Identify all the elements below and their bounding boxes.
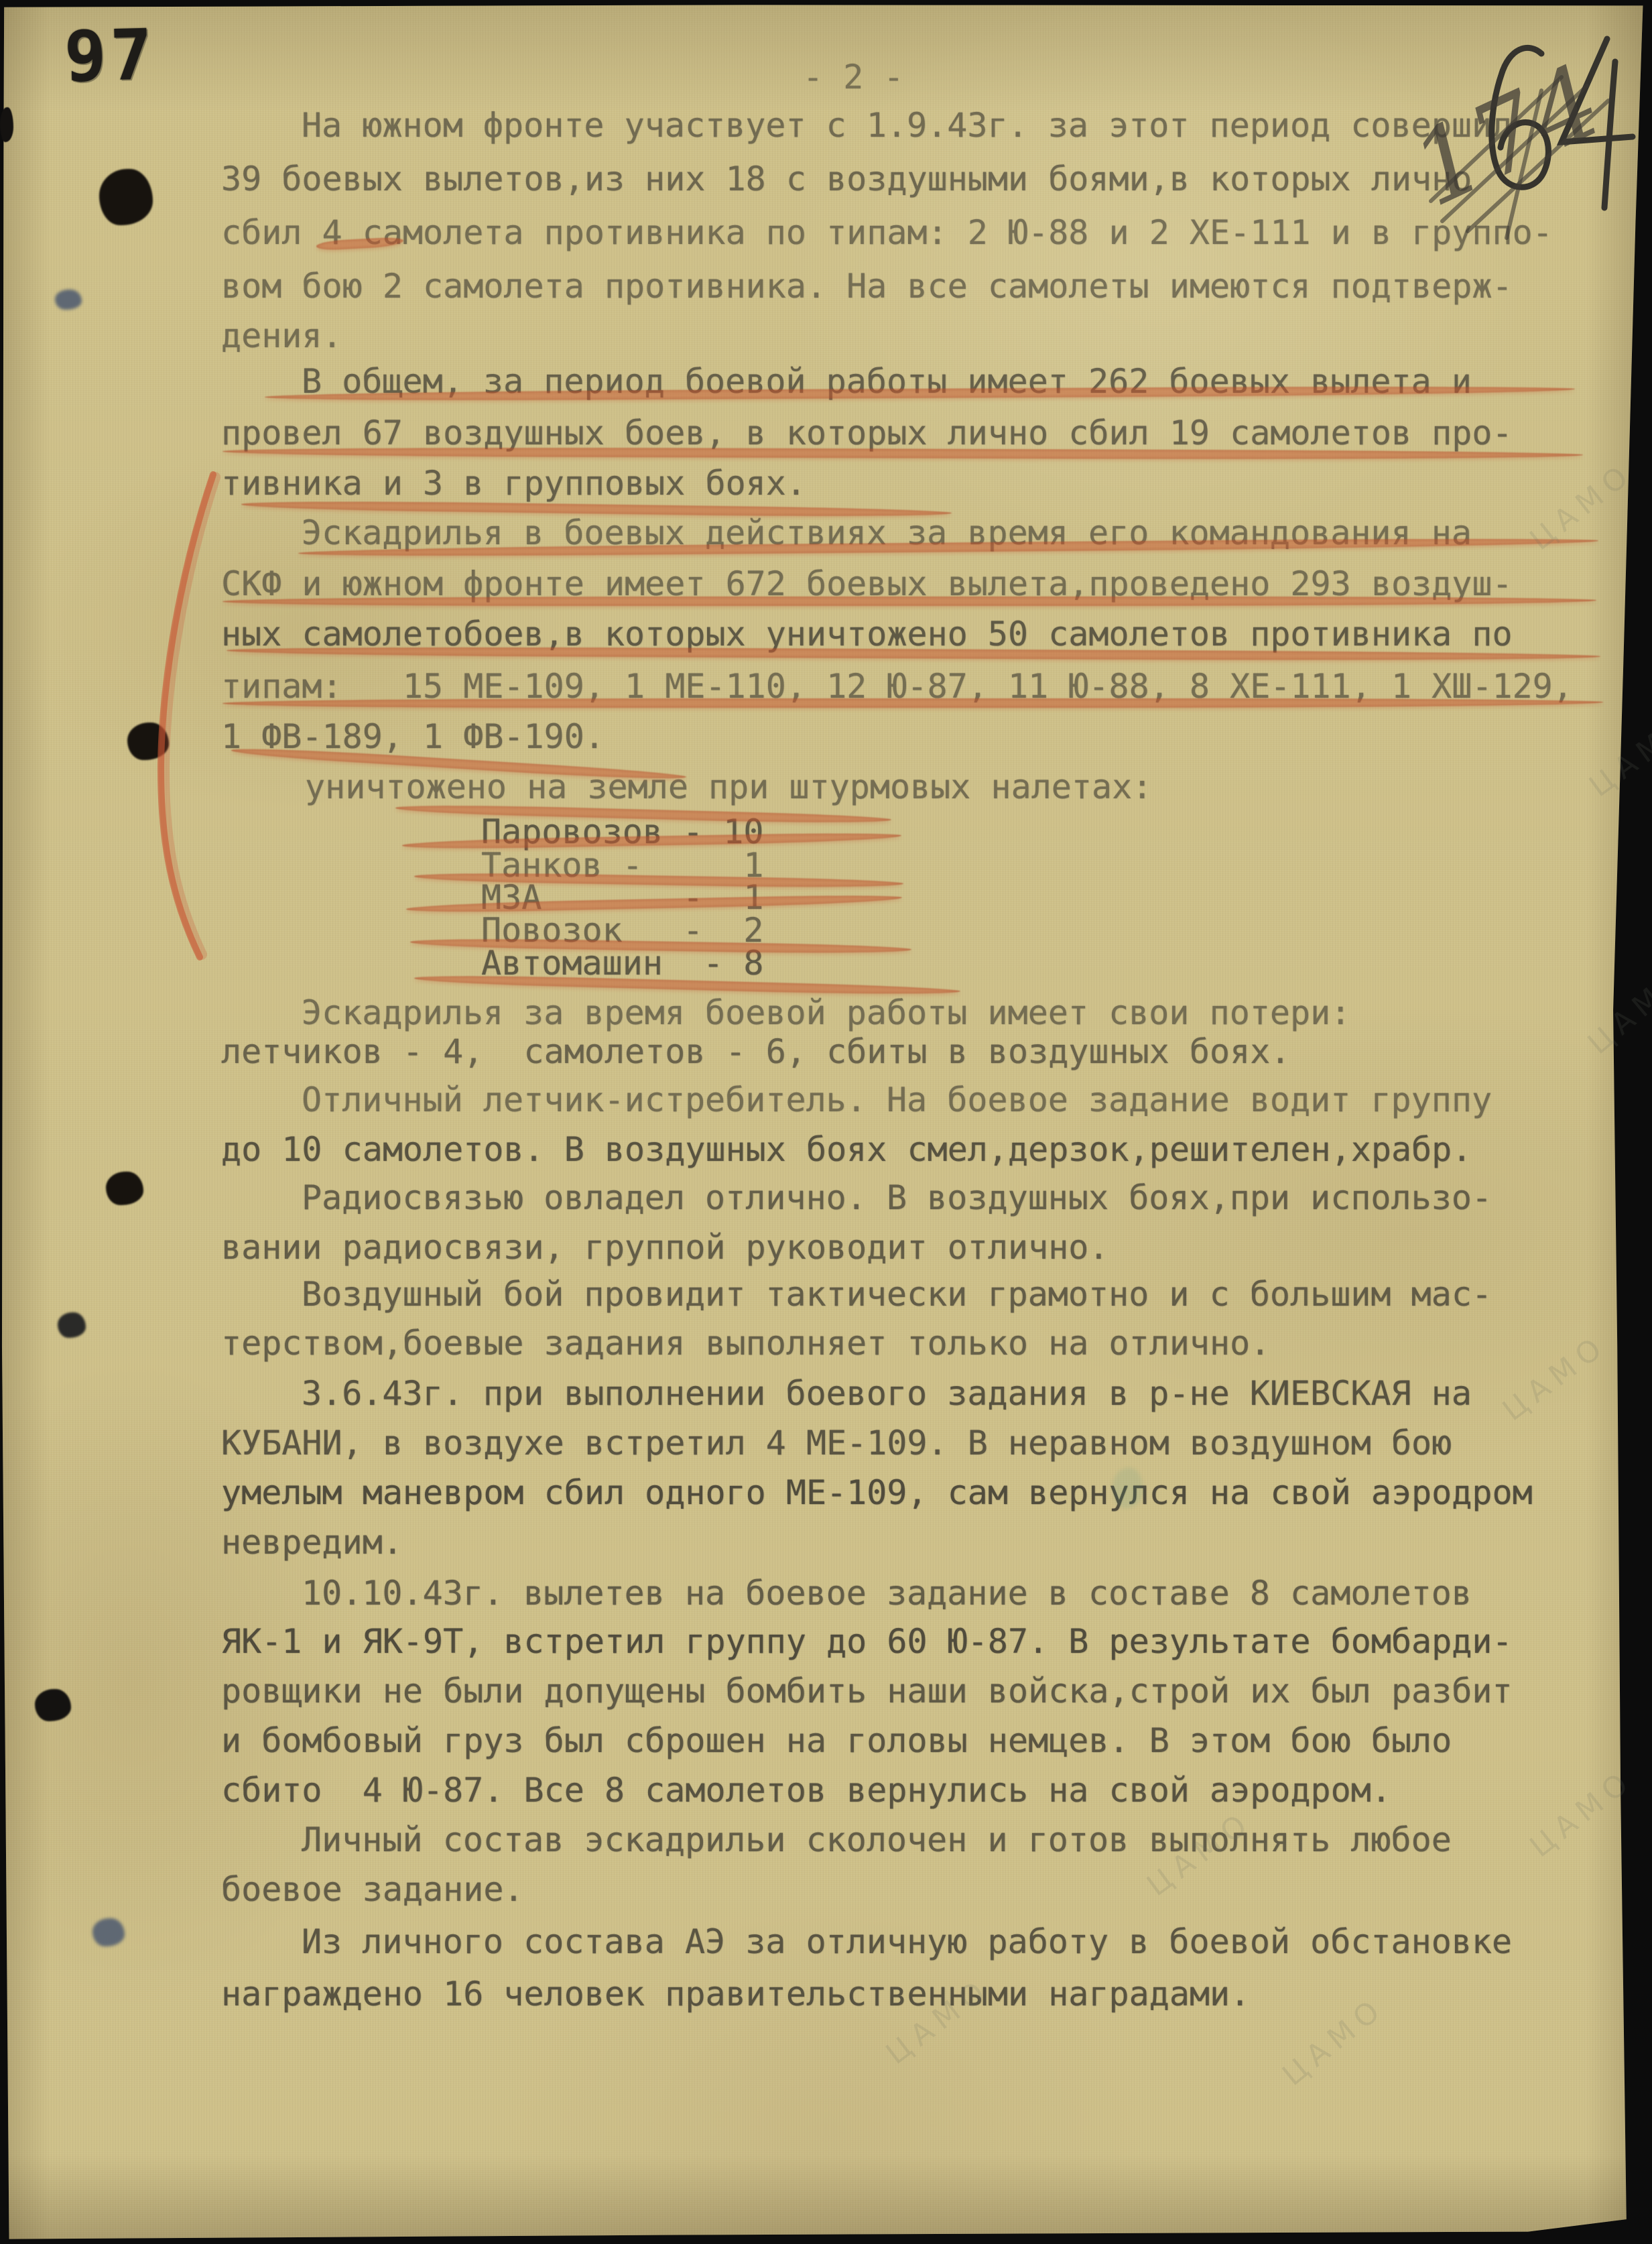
typewritten-line: На южном фронте участвует с 1.9.43г. за … xyxy=(302,106,1512,145)
typewritten-line: 39 боевых вылетов,из них 18 с воздушными… xyxy=(221,160,1472,198)
archive-page-stamp: 97 xyxy=(63,13,157,98)
typewritten-line: до 10 самолетов. В воздушных боях смел,д… xyxy=(221,1130,1472,1169)
typewritten-line: сбито 4 Ю-87. Все 8 самолетов вернулись … xyxy=(221,1771,1391,1810)
typewritten-line: вом бою 2 самолета противника. На все са… xyxy=(221,267,1513,306)
typewritten-line: умелым маневром сбил одного МЕ-109, сам … xyxy=(221,1473,1533,1512)
typewritten-line: ЯК-1 и ЯК-9Т, встретил группу до 60 Ю-87… xyxy=(221,1622,1513,1661)
red-pencil-underline xyxy=(223,597,1596,606)
typewritten-line: 10.10.43г. вылетев на боевое задание в с… xyxy=(302,1574,1472,1613)
typewritten-line: терством,боевые задания выполняет только… xyxy=(221,1324,1270,1363)
typewritten-line: и бомбовый груз был сброшен на головы не… xyxy=(221,1721,1452,1760)
paper-hole xyxy=(1113,1468,1143,1508)
scanned-document: 97 - 2 - На южном фронте участвует с 1.9… xyxy=(0,0,1652,2244)
paper-hole xyxy=(35,1689,71,1721)
paper-hole xyxy=(99,169,153,225)
typewritten-line: вании радиосвязи, группой руководит отли… xyxy=(221,1228,1109,1267)
typewritten-line: летчиков - 4, самолетов - 6, сбиты в воз… xyxy=(221,1032,1290,1071)
paper-hole xyxy=(106,1172,143,1205)
typewritten-line: 3.6.43г. при выполнении боевого задания … xyxy=(302,1374,1472,1413)
typewritten-line: Радиосвязью овладел отлично. В воздушных… xyxy=(302,1178,1492,1217)
paper-hole xyxy=(92,1918,125,1946)
typewritten-line: Эскадрилья за время боевой работы имеет … xyxy=(302,993,1350,1032)
paper-hole xyxy=(55,290,82,310)
typewritten-line: ровщики не были допущены бомбить наши во… xyxy=(221,1672,1513,1710)
red-pencil-underline xyxy=(223,698,1603,708)
typewritten-line: боевое задание. xyxy=(221,1870,524,1909)
paper-hole xyxy=(58,1312,86,1338)
page-number-header: - 2 - xyxy=(803,58,904,97)
typewritten-line: невредим. xyxy=(221,1523,403,1562)
paper-hole xyxy=(0,107,13,142)
typewritten-line: сбил 4 самолета противника по типам: 2 Ю… xyxy=(221,213,1553,252)
typewritten-line: КУБАНИ, в воздухе встретил 4 МЕ-109. В н… xyxy=(221,1424,1452,1462)
typewritten-line: Воздушный бой провидит тактически грамот… xyxy=(302,1275,1492,1314)
typewritten-line: дения. xyxy=(221,316,342,355)
typewritten-line: Отличный летчик-истребитель. На боевое з… xyxy=(302,1080,1492,1119)
typewritten-line: Из личного состава АЭ за отличную работу… xyxy=(302,1922,1512,1961)
typewritten-line: тивника и 3 в групповых боях. xyxy=(221,464,806,503)
typewritten-line: награждено 16 человек правительственными… xyxy=(221,1975,1250,2013)
typewritten-line: Личный состав эскадрильи сколочен и гото… xyxy=(302,1820,1452,1859)
typewritten-line: провел 67 воздушных боев, в которых личн… xyxy=(221,414,1513,452)
paper-hole xyxy=(127,723,169,760)
typewritten-line: уничтожено на земле при штурмовых налета… xyxy=(305,767,1152,806)
